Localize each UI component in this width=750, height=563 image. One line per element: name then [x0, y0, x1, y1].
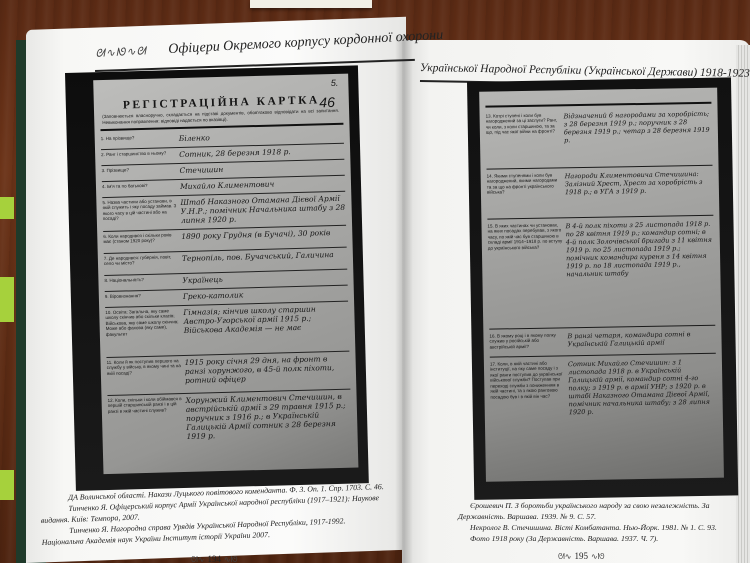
card-question: 17. Коли, в якій частині або інституції,… [490, 360, 569, 400]
card-row: 12. Коли, скільки і коли обіймався в пер… [107, 389, 351, 445]
card-answer: Штаб Наказного Отамана Дієвої Армії У.Н.… [180, 193, 346, 224]
card-row: 10. Освіта: Загальна, яку саме школу скі… [105, 301, 349, 357]
card-question: 8. Національність? [104, 275, 182, 283]
card-answer: Відзначений 6 нагородами за хоробрість; … [564, 109, 713, 144]
caption-line: Єрошевич П. З боротьби українського наро… [458, 500, 748, 522]
ornament-icon: ᘛ∿ᘚ∿ᘛ [95, 45, 147, 60]
caption-line: Фото 1918 року (За Державність. Варшава.… [458, 533, 748, 544]
bookmark-tab [0, 470, 14, 500]
registration-card: 5. 46 РЕГІСТРАЦІЙНА КАРТКА (Заповнюється… [93, 74, 358, 475]
page-number: 194 [208, 554, 222, 563]
card-answer: 1915 року січня 29 дня, на фронт в ранзі… [184, 353, 350, 384]
card-row: 11. Коли й як поступив першого на службу… [106, 351, 350, 395]
card-answer: Гімназія; кінчив школу старшин Австро-Уг… [183, 303, 349, 334]
card-question: 3. Прізвище? [101, 166, 179, 174]
card-question: 2. Ранг і старшинство в ньому? [101, 150, 179, 158]
card-row: 13. Котрі ступені і коли був нагороджени… [485, 105, 712, 169]
card-answer: Стечишин [179, 161, 344, 174]
registration-card-scan: 5. 46 РЕГІСТРАЦІЙНА КАРТКА (Заповнюється… [65, 65, 369, 491]
page-number-left: ᘛ∿194∿ᘚ [188, 554, 241, 563]
card-answer: Сотник Михайло Стечишин: з 1 листопада 1… [568, 357, 717, 416]
card-answer: 1890 року Грудня (в Бучачі), 30 років [181, 227, 346, 240]
card-question: 5. Назва частини або установи, в якій сл… [102, 198, 181, 222]
ornament-icon: ∿ᘚ [224, 555, 238, 563]
card-answer: Сотник, 28 березня 1918 р. [179, 145, 344, 158]
card-row: 17. Коли, в якій частині або інституції,… [490, 353, 718, 477]
registration-card-scan-continued: 13. Котрі ступені і коли був нагороджени… [467, 77, 738, 500]
bookmark-tab [0, 277, 14, 322]
card-answer: Біленко [179, 129, 344, 142]
registration-card-back: 13. Котрі ступені і коли був нагороджени… [479, 88, 724, 482]
card-answer: Нагороди Климентовича Стечишина: Залізни… [565, 169, 713, 196]
card-answer: В ранзі четаря, командира сотні в Україн… [567, 329, 715, 348]
card-question: 12. Коли, скільки і коли обіймався в пер… [108, 395, 186, 414]
card-question: 1. На прізвище? [101, 134, 179, 142]
ornament-icon: ᘛ∿ [558, 552, 572, 561]
card-row: 15. В яких частинах чи установах, на яки… [487, 215, 715, 329]
right-caption: Єрошевич П. З боротьби українського наро… [458, 500, 748, 544]
book-gutter [395, 35, 413, 563]
card-question: 13. Котрі ступені і коли був нагороджени… [486, 112, 564, 135]
card-answer: Українець [182, 271, 347, 284]
caption-line: Некролог В. Стечишина. Вісті Комбатанта.… [458, 522, 748, 533]
card-question: 15. В яких частинах чи установах, на яки… [487, 222, 565, 251]
card-answer: Греко-католик [183, 287, 348, 300]
card-question: 4. Ім'я та по батькові? [102, 182, 180, 190]
card-question: 6. Коли народився і скільки років має (с… [103, 232, 181, 245]
card-answer: Михайло Климентович [180, 177, 345, 190]
card-answer: Хорунжий Климентович Стечишин, в австрій… [185, 391, 351, 440]
card-answer: В 4-й полк піхоти з 25 листопада 1918 р.… [565, 219, 714, 278]
ornament-icon: ᘛ∿ [191, 555, 205, 563]
card-question: 10. Освіта: Загальна, яку саме школу скі… [105, 307, 184, 337]
bookmark-tab [0, 197, 14, 219]
card-row: 16. В якому році і в якому полку служив … [489, 325, 715, 357]
page-number-right: ᘛ∿195∿ᘚ [555, 551, 608, 562]
card-answer: Тернопіль, пов. Бучачський, Галичина [182, 249, 347, 262]
card-question: 9. Віровизнання? [105, 291, 183, 299]
ornament-icon: ∿ᘚ [591, 552, 605, 561]
card-question: 16. В якому році і в якому полку служив … [489, 332, 567, 350]
card-question: 7. Де народився: губернія, повіт, село ч… [104, 254, 182, 267]
card-row: 14. Якими ступенями і коли був нагородже… [487, 165, 714, 219]
card-corner-mark: 5. [331, 78, 339, 88]
card-number: 46 [319, 94, 335, 110]
card-question: 14. Якими ступенями і коли був нагородже… [487, 172, 565, 195]
paper-note [250, 0, 372, 8]
page-number: 195 [575, 551, 589, 561]
card-question: 11. Коли й як поступив першого на службу… [107, 357, 185, 376]
